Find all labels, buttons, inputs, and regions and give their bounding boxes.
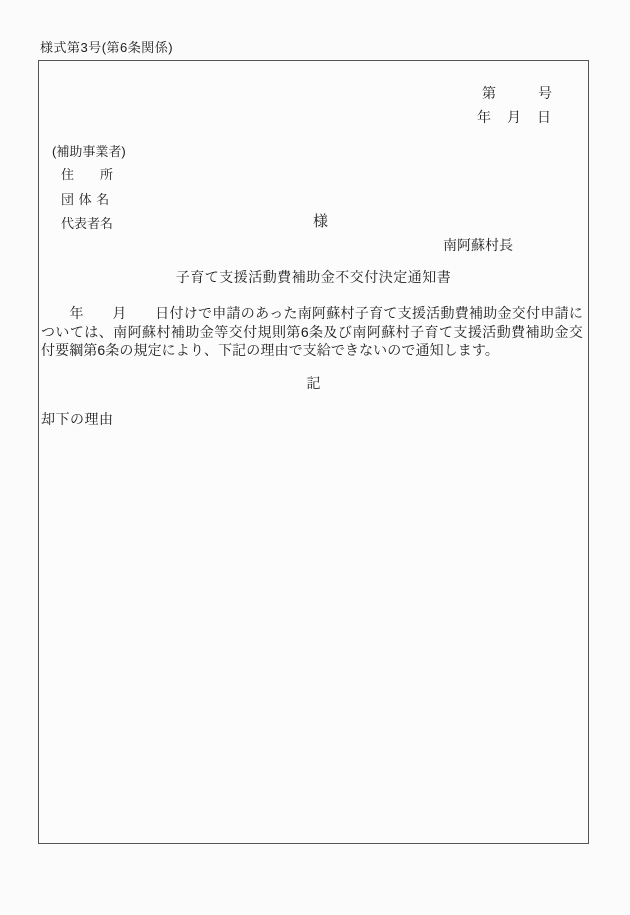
document-number-line: 第 号	[482, 83, 552, 103]
recipient-address-label: 住 所	[61, 164, 113, 183]
sender-mayor-name: 南阿蘇村長	[443, 235, 513, 255]
rejection-reason-label: 却下の理由	[41, 409, 114, 429]
document-border-box: 第 号 年 月 日 (補助事業者) 住 所 団 体 名 代表者名 様 南阿蘇村長…	[38, 60, 589, 844]
document-page: 様式第3号(第6条関係) 第 号 年 月 日 (補助事業者) 住 所 団 体 名…	[0, 0, 630, 915]
body-paragraph: 年 月 日付けで申請のあった南阿蘇村子育て支援活動費補助金交付申請については、南…	[41, 304, 583, 360]
recipient-organization-label: 団 体 名	[61, 189, 110, 208]
form-number-label: 様式第3号(第6条関係)	[40, 37, 173, 56]
recipient-heading: (補助事業者)	[52, 141, 126, 160]
document-date-line: 年 月 日	[477, 107, 552, 127]
record-marker: 記	[39, 373, 588, 393]
honorific-sama: 様	[313, 210, 328, 231]
document-title: 子育て支援活動費補助金不交付決定通知書	[39, 267, 588, 287]
recipient-representative-label: 代表者名	[61, 213, 113, 232]
